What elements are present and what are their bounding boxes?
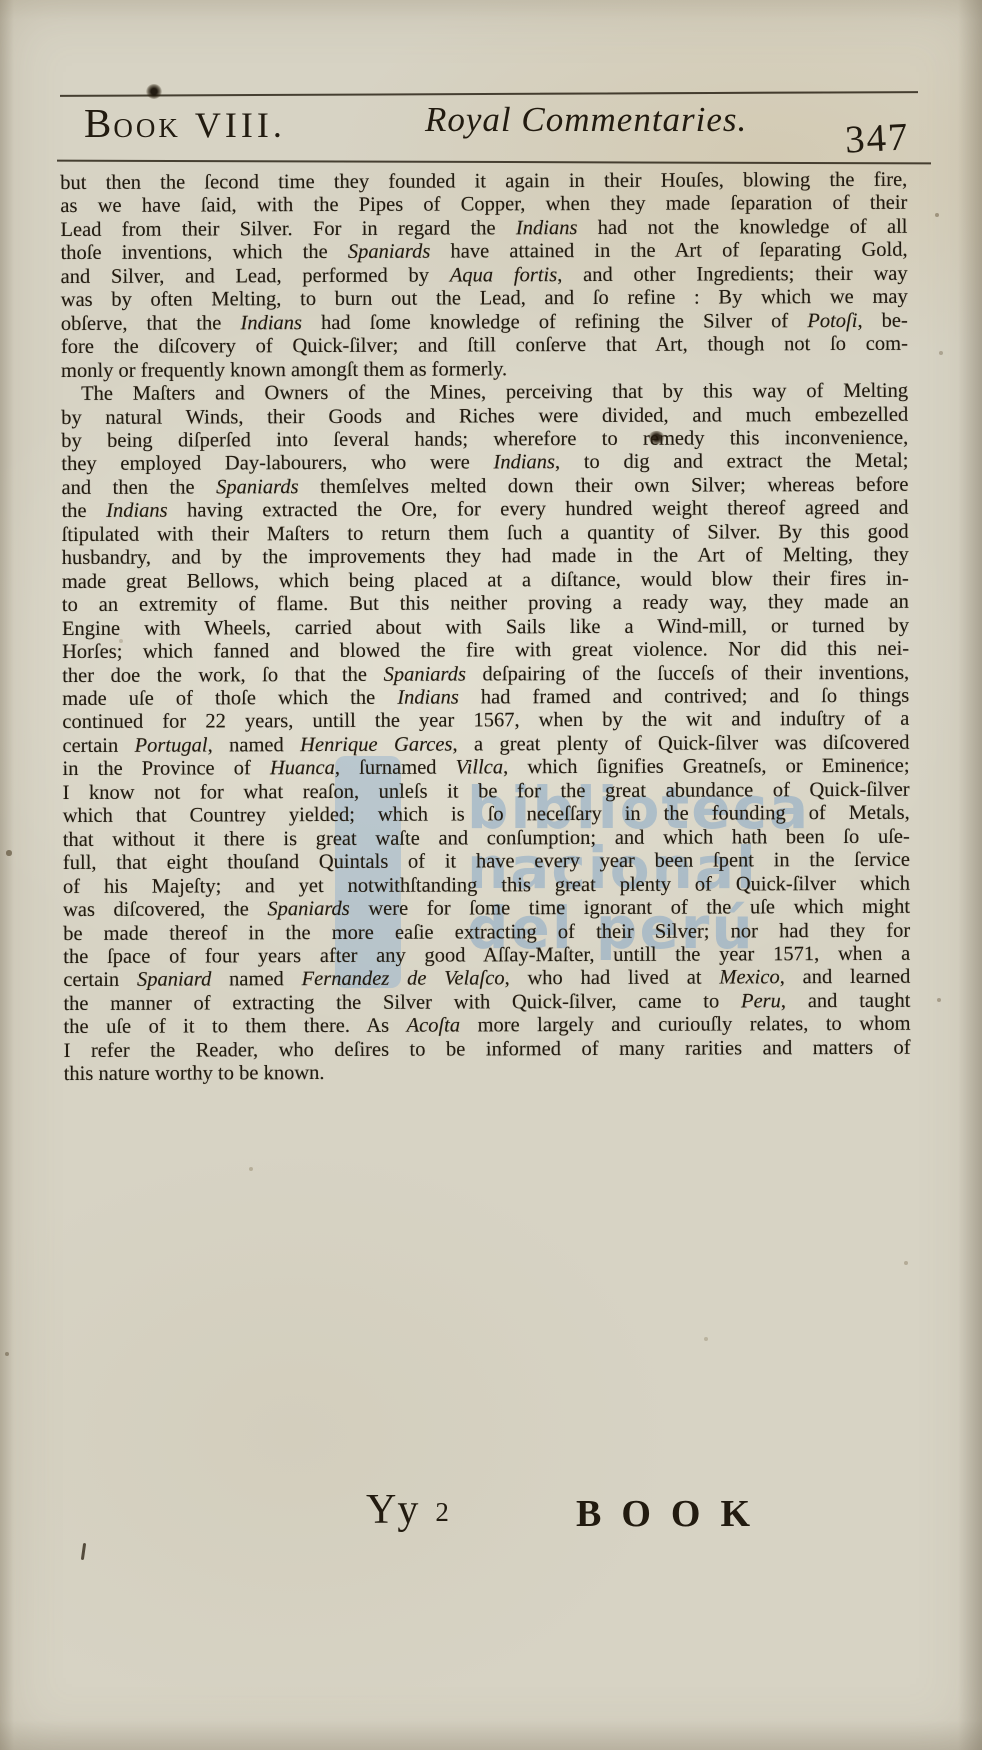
- text-line: Horſes; which fanned and blowed the fire…: [62, 638, 909, 665]
- text-line: of his Majeſty; and yet notwithſtanding …: [63, 872, 910, 899]
- italic-term: Spaniards: [348, 241, 430, 263]
- text-line: and Silver, and Lead, performed by Aqua …: [61, 263, 908, 290]
- signature-mark: Yy2: [366, 1486, 449, 1534]
- italic-term: Aqua fortis: [450, 264, 557, 286]
- paper-flecks: [0, 0, 2, 2]
- italic-term: Indians: [516, 217, 578, 239]
- text-line: certain Portugal, named Henrique Garces,…: [62, 732, 909, 759]
- text-line: The Maſters and Owners of the Mines, per…: [61, 380, 908, 407]
- page-number: 347: [844, 114, 911, 162]
- ink-blob: [146, 84, 162, 99]
- italic-term: Potoſi: [807, 310, 857, 332]
- text-line: the Indians having extracted the Ore, fo…: [62, 497, 909, 524]
- text-line: they employed Day-labourers, who were In…: [61, 450, 908, 477]
- book-page-scan: BookVIII. Royal Commentaries. 347 biblio…: [0, 0, 982, 1750]
- text-line: that without it there is great waſte and…: [63, 825, 910, 852]
- italic-term: Spaniard: [137, 969, 212, 991]
- italic-term: Villca: [456, 757, 504, 779]
- italic-term: Indians: [106, 500, 168, 522]
- text-line: but then the ſecond time they founded it…: [60, 169, 907, 196]
- text-line: fore the diſcovery of Quick-ſilver; and …: [61, 333, 908, 360]
- text-line: monly or frequently known amongſt them a…: [61, 356, 908, 383]
- header-rule-bottom: [57, 160, 931, 165]
- italic-term: Indians: [493, 452, 555, 474]
- text-line: I know not for what reaſon, unleſs it be…: [63, 779, 910, 806]
- text-line: ſtipulated with their Maſters to return …: [62, 521, 909, 548]
- text-line: full, that eight thouſand Quintals of it…: [63, 849, 910, 876]
- book-label-numeral: VIII.: [195, 105, 286, 145]
- text-line: as we have ſaid, with the Pipes of Coppe…: [60, 192, 907, 219]
- italic-term: Henrique Garces: [300, 733, 452, 756]
- text-line: ther doe the work, ſo that the Spaniards…: [62, 661, 909, 688]
- text-line: be made thereof in the more eaſie extrac…: [63, 919, 910, 946]
- text-line: continued for 22 years, untill the year …: [62, 708, 909, 735]
- italic-term: Spaniards: [267, 898, 349, 920]
- italic-term: Spaniards: [384, 663, 466, 685]
- signature-number: 2: [435, 1497, 449, 1527]
- italic-term: Indians: [397, 686, 459, 708]
- text-line: to an extremity of flame. But this neith…: [62, 591, 909, 618]
- book-label-initial: B: [84, 100, 113, 146]
- header-rule-top: [60, 91, 918, 97]
- italic-term: Indians: [240, 312, 302, 334]
- text-line: made great Bellows, which being placed a…: [62, 567, 909, 594]
- italic-term: Acoſta: [407, 1015, 461, 1037]
- book-label-smallcaps: ook: [113, 113, 181, 143]
- text-line: this nature worthy to be known.: [64, 1060, 911, 1087]
- italic-term: Fernandez de Velaſco: [302, 968, 505, 991]
- text-line: the uſe of it to them there. As Acoſta m…: [63, 1013, 910, 1040]
- italic-term: Peru: [741, 990, 781, 1012]
- text-line: the ſpace of four years after any good A…: [63, 943, 910, 970]
- text-line: by natural Winds, their Goods and Riches…: [61, 403, 908, 430]
- text-line: was by often Melting, to burn out the Le…: [61, 286, 908, 313]
- text-line: obſerve, that the Indians had ſome knowl…: [61, 309, 908, 336]
- text-line: husbandry, and by the improvements they …: [62, 544, 909, 571]
- text-line: the manner of extracting the Silver with…: [63, 990, 910, 1017]
- italic-term: Mexico: [719, 967, 779, 989]
- text-line: was diſcovered, the Spaniards were for ſ…: [63, 896, 910, 923]
- text-line: made uſe of thoſe which the Indians had …: [62, 685, 909, 712]
- text-line: which that Countrey yielded; which is ſo…: [63, 802, 910, 829]
- signature-letters: Yy: [366, 1487, 419, 1533]
- italic-term: Portugal: [135, 734, 208, 756]
- margin-mark: [81, 1543, 86, 1560]
- text-line: Lead from their Silver. For in regard th…: [60, 216, 907, 243]
- text-line: thoſe inventions, which the Spaniards ha…: [61, 239, 908, 266]
- book-label: BookVIII.: [84, 103, 286, 146]
- text-line: and then the Spaniards themſelves melted…: [61, 474, 908, 501]
- text-line: in the Province of Huanca, ſurnamed Vill…: [62, 755, 909, 782]
- text-line: by being diſperſed into ſeveral hands; w…: [61, 427, 908, 454]
- text-line: I refer the Reader, who deſires to be in…: [64, 1037, 911, 1064]
- ink-smudge: [648, 431, 665, 444]
- catchword: BOOK: [576, 1492, 770, 1536]
- page-title: Royal Commentaries.: [425, 100, 747, 140]
- text-block: but then the ſecond time they founded it…: [60, 169, 911, 1087]
- text-line: certain Spaniard named Fernandez de Vela…: [63, 966, 910, 993]
- text-line: Engine with Wheels, carried about with S…: [62, 614, 909, 641]
- italic-term: Huanca: [270, 757, 335, 779]
- italic-term: Spaniards: [216, 476, 298, 498]
